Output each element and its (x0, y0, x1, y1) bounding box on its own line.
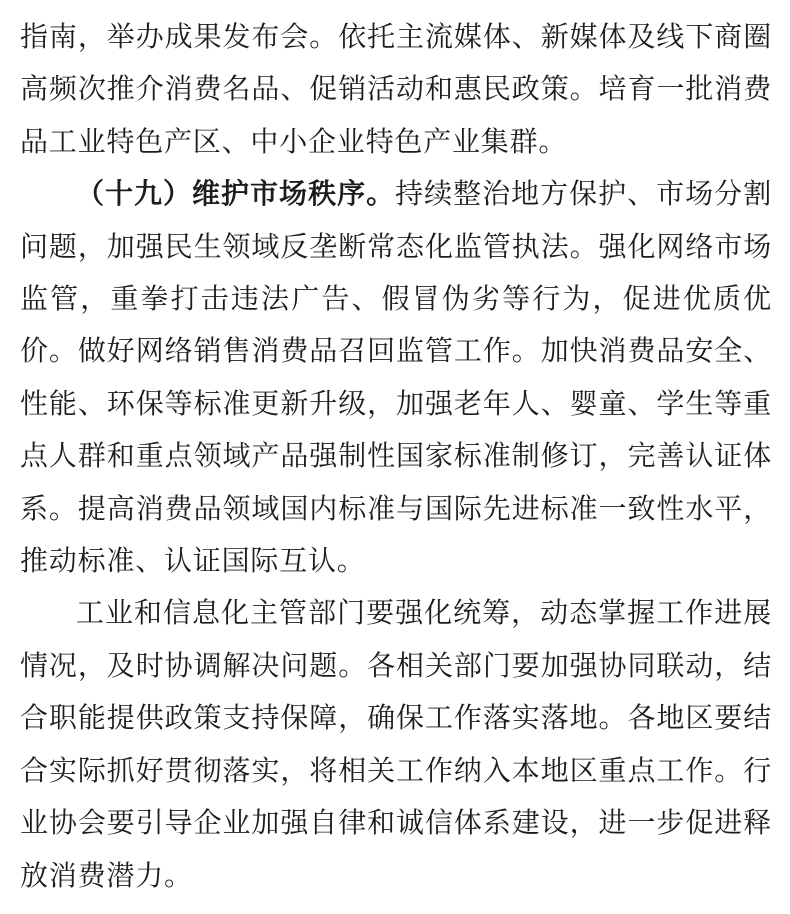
paragraph: （十九）维护市场秩序。持续整治地方保护、市场分割问题，加强民生领域反垄断常态化监… (20, 169, 772, 588)
body-text: 指南，举办成果发布会。依托主流媒体、新媒体及线下商圈高频次推介消费名品、促销活动… (20, 22, 772, 158)
body-text: 持续整治地方保护、市场分割问题，加强民生领域反垄断常态化监管执法。强化网络市场监… (20, 179, 772, 577)
document-body: 指南，举办成果发布会。依托主流媒体、新媒体及线下商圈高频次推介消费名品、促销活动… (20, 12, 772, 903)
paragraph: 工业和信息化主管部门要强化统筹，动态掌握工作进展情况，及时协调解决问题。各相关部… (20, 588, 772, 902)
document-page: 指南，举办成果发布会。依托主流媒体、新媒体及线下商圈高频次推介消费名品、促销活动… (0, 0, 790, 914)
body-text: 工业和信息化主管部门要强化统筹，动态掌握工作进展情况，及时协调解决问题。各相关部… (20, 598, 772, 891)
paragraph: 指南，举办成果发布会。依托主流媒体、新媒体及线下商圈高频次推介消费名品、促销活动… (20, 12, 772, 169)
section-heading-text: （十九）维护市场秩序。 (76, 179, 395, 210)
